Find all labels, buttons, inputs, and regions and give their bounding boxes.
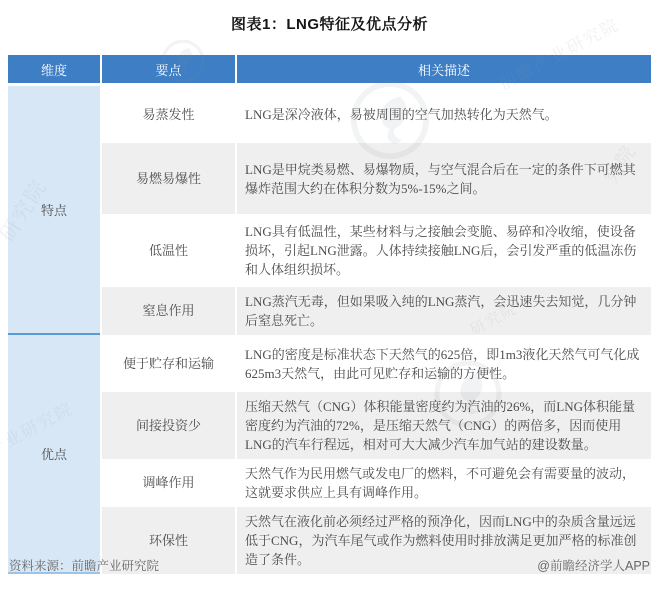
credit-label: @前瞻经济学人APP [537, 556, 650, 574]
description-cell: 压缩天然气（CNG）体积能量密度约为汽油的26%，而LNG体积能量密度约为汽油的… [235, 392, 651, 459]
column-header-dimension: 维度 [8, 55, 100, 86]
table-row: 窒息作用 LNG蒸汽无毒，但如果吸入纯的LNG蒸汽，会迅速失去知觉，几分钟后窒息… [8, 287, 651, 335]
table-row: 间接投资少 压缩天然气（CNG）体积能量密度约为汽油的26%，而LNG体积能量密… [8, 392, 651, 459]
page-title: 图表1：LNG特征及优点分析 [0, 0, 659, 34]
table-row: 低温性 LNG具有低温性，某些材料与之接触会变脆、易碎和冷收缩，使设备损坏，引起… [8, 214, 651, 287]
dimension-cell-characteristics: 特点 [8, 86, 100, 335]
point-cell: 易蒸发性 [100, 86, 235, 143]
point-cell: 窒息作用 [100, 287, 235, 335]
point-cell: 易燃易爆性 [100, 143, 235, 214]
description-cell: LNG的密度是标准状态下天然气的625倍，即1m3液化天然气可气化成625m3天… [235, 335, 651, 392]
column-header-description: 相关描述 [235, 55, 651, 86]
point-cell: 低温性 [100, 214, 235, 287]
source-label: 资料来源：前瞻产业研究院 [9, 556, 159, 574]
description-cell: LNG是甲烷类易燃、易爆物质，与空气混合后在一定的条件下可燃其爆炸范围大约在体积… [235, 143, 651, 214]
table-row: 特点 易蒸发性 LNG是深冷液体，易被周围的空气加热转化为天然气。 [8, 86, 651, 143]
point-cell: 调峰作用 [100, 459, 235, 507]
figure-footer: 资料来源：前瞻产业研究院 @前瞻经济学人APP [9, 556, 650, 574]
table-header-row: 维度 要点 相关描述 [8, 55, 651, 86]
point-cell: 便于贮存和运输 [100, 335, 235, 392]
table-row: 优点 便于贮存和运输 LNG的密度是标准状态下天然气的625倍，即1m3液化天然… [8, 335, 651, 392]
figure-page: 图表1：LNG特征及优点分析 维度 要点 相关描述 特点 易蒸发性 LNG是深冷… [0, 0, 659, 591]
dimension-cell-advantages: 优点 [8, 335, 100, 574]
table-row: 易燃易爆性 LNG是甲烷类易燃、易爆物质，与空气混合后在一定的条件下可燃其爆炸范… [8, 143, 651, 214]
table-row: 调峰作用 天然气作为民用燃气或发电厂的燃料，不可避免会有需要量的波动，这就要求供… [8, 459, 651, 507]
description-cell: LNG是深冷液体，易被周围的空气加热转化为天然气。 [235, 86, 651, 143]
point-cell: 间接投资少 [100, 392, 235, 459]
column-header-point: 要点 [100, 55, 235, 86]
description-cell: LNG具有低温性，某些材料与之接触会变脆、易碎和冷收缩，使设备损坏，引起LNG泄… [235, 214, 651, 287]
description-cell: LNG蒸汽无毒，但如果吸入纯的LNG蒸汽，会迅速失去知觉，几分钟后窒息死亡。 [235, 287, 651, 335]
lng-table: 维度 要点 相关描述 特点 易蒸发性 LNG是深冷液体，易被周围的空气加热转化为… [8, 55, 651, 574]
description-cell: 天然气作为民用燃气或发电厂的燃料，不可避免会有需要量的波动，这就要求供应上具有调… [235, 459, 651, 507]
